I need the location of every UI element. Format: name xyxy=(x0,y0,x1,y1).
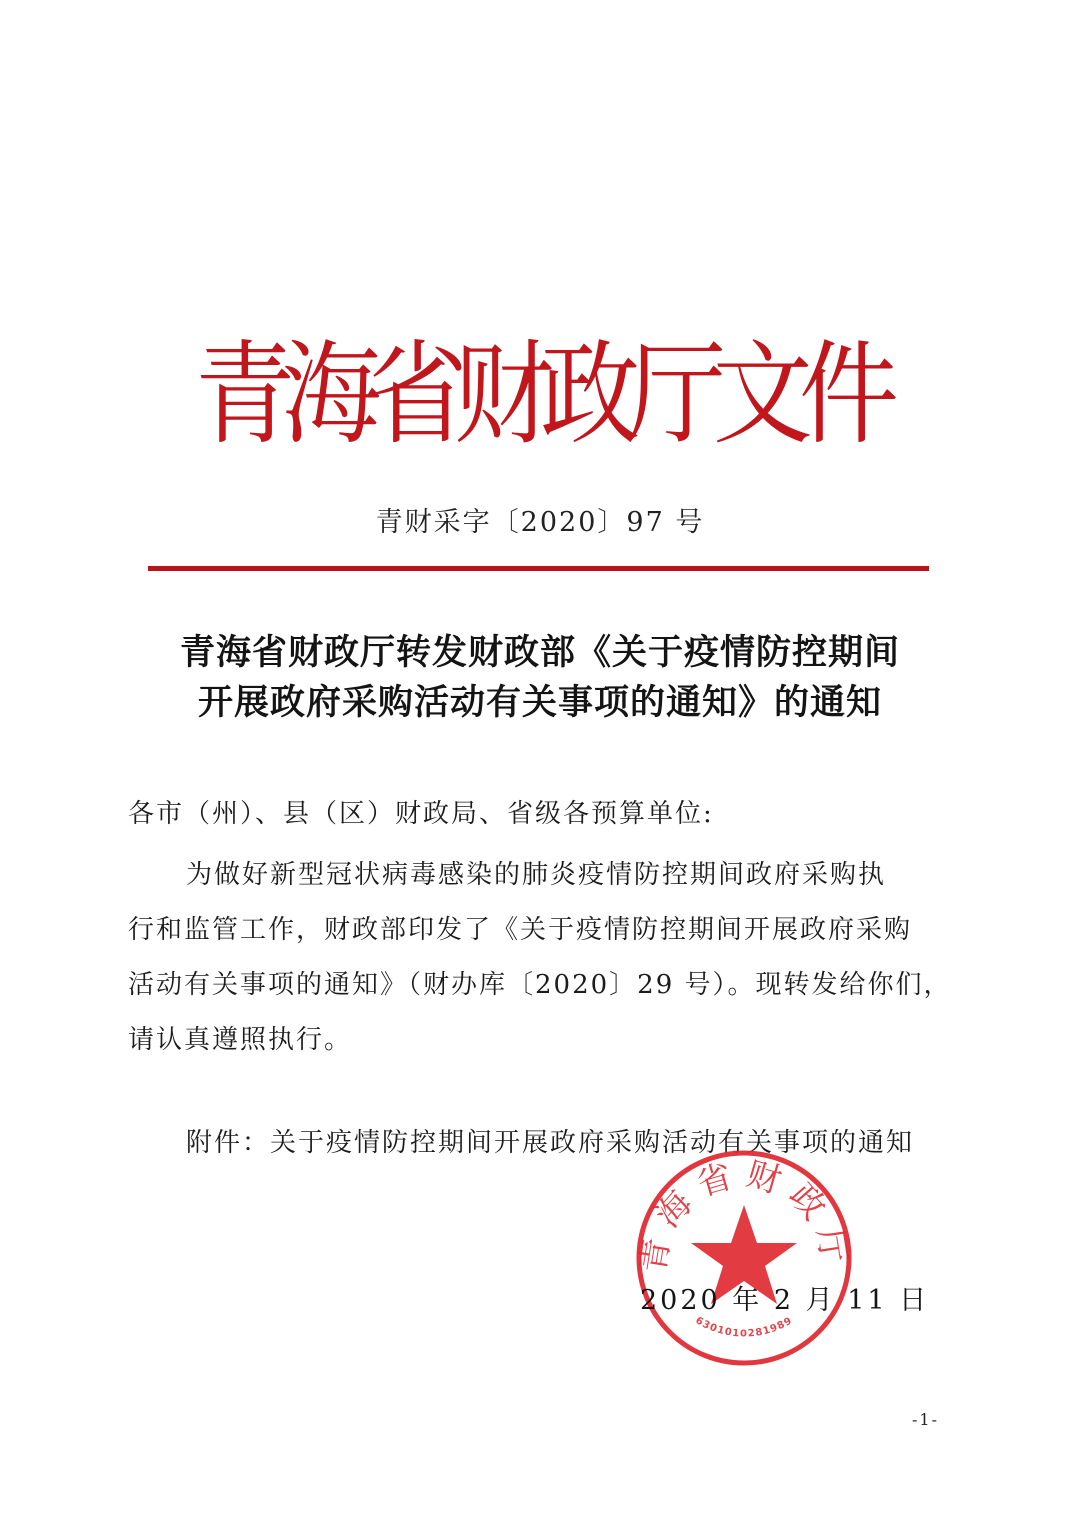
masthead-char: 省 xyxy=(368,339,454,451)
body-line: 活动有关事项的通知》（财办库〔2020〕29 号）。现转发给你们， xyxy=(128,958,948,1013)
body-line: 请认真遵照执行。 xyxy=(128,1013,948,1068)
document-number: 青财采字〔2020〕97 号 xyxy=(0,500,1080,539)
document-page: 青 海 省 财 政 厅 文 件 青财采字〔2020〕97 号 青海省财政厅转发财… xyxy=(0,0,1080,1528)
masthead-char: 文 xyxy=(713,339,799,451)
masthead-char: 青 xyxy=(195,339,281,451)
issue-date: 2020 年 2 月 11 日 xyxy=(640,1278,929,1317)
title-line: 开展政府采购活动有关事项的通知》的通知 xyxy=(120,678,960,728)
masthead-char: 海 xyxy=(281,339,367,451)
svg-text:6301010281989: 6301010281989 xyxy=(693,1315,794,1339)
page-number: -1- xyxy=(912,1410,939,1429)
masthead-char: 财 xyxy=(454,339,540,451)
document-title: 青海省财政厅转发财政部《关于疫情防控期间 开展政府采购活动有关事项的通知》的通知 xyxy=(120,628,960,728)
masthead-title: 青 海 省 财 政 厅 文 件 xyxy=(195,322,885,468)
masthead-char: 件 xyxy=(799,339,885,451)
masthead-char: 政 xyxy=(540,339,626,451)
salutation: 各市（州）、县（区）财政局、省级各预算单位: xyxy=(128,793,948,830)
body-line: 为做好新型冠状病毒感染的肺炎疫情防控期间政府采购执 xyxy=(128,848,948,903)
seal-serial: 6301010281989 xyxy=(693,1315,794,1339)
body-line: 行和监管工作，财政部印发了《关于疫情防控期间开展政府采购 xyxy=(128,903,948,958)
masthead-char: 厅 xyxy=(626,339,712,451)
body-paragraph: 为做好新型冠状病毒感染的肺炎疫情防控期间政府采购执 行和监管工作，财政部印发了《… xyxy=(128,848,948,1068)
title-line: 青海省财政厅转发财政部《关于疫情防控期间 xyxy=(120,628,960,678)
official-seal-stamp: 青海省财政厅 6301010281989 xyxy=(633,1147,855,1369)
attachment-note: 附件：关于疫情防控期间开展政府采购活动有关事项的通知 xyxy=(186,1122,1006,1159)
red-divider-rule xyxy=(148,566,929,571)
